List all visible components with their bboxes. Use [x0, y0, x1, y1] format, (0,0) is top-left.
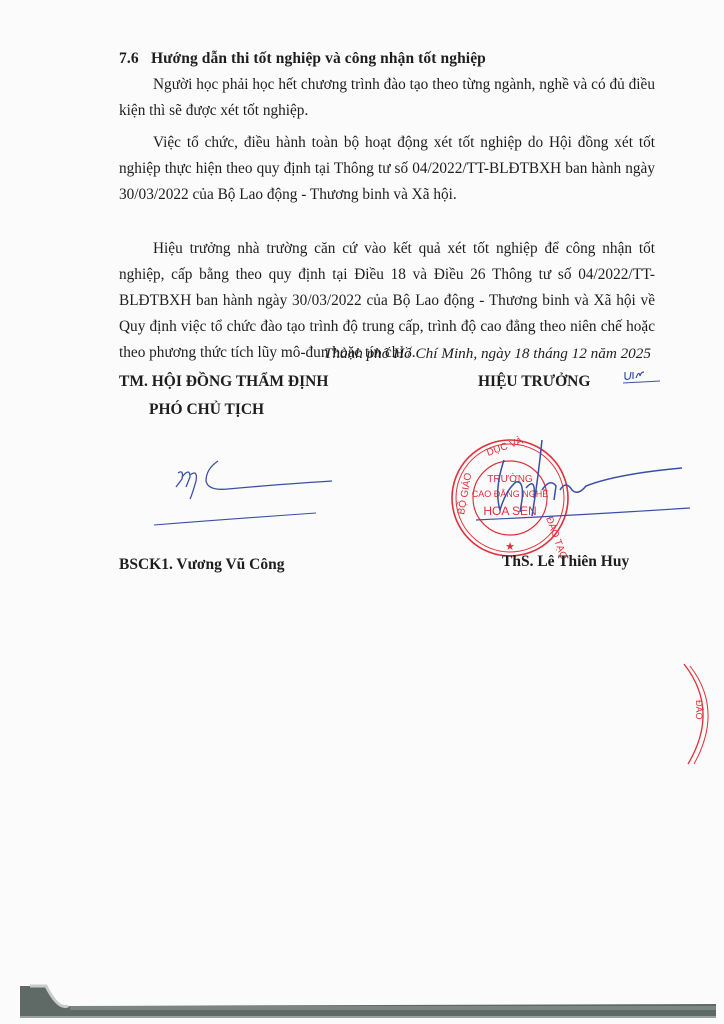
svg-text:★: ★ — [505, 540, 515, 553]
paragraph-eligibility: Người học phải học hết chương trình đào … — [119, 72, 655, 124]
right-signatory-name: ThS. Lê Thiên Huy — [502, 553, 629, 571]
left-signatory-subtitle: PHÓ CHỦ TỊCH — [149, 401, 264, 419]
official-stamp-and-signature-icon: DỤC VÀ BỘ GIÁO ĐÀO TẠO TRƯỜNG CAO ĐẲNG N… — [446, 420, 706, 560]
left-signatory-name: BSCK1. Vương Vũ Công — [119, 556, 284, 574]
svg-text:ĐÀO: ĐÀO — [694, 700, 704, 720]
section-number: 7.6 — [119, 50, 147, 68]
svg-text:HOA SEN: HOA SEN — [483, 504, 536, 518]
document-page: 7.6 Hướng dẫn thi tốt nghiệp và công nhậ… — [0, 0, 724, 1024]
section-title: Hướng dẫn thi tốt nghiệp và công nhận tố… — [151, 50, 486, 67]
left-signatory-title: TM. HỘI ĐỒNG THẨM ĐỊNH — [119, 373, 328, 391]
paragraph-organization: Việc tổ chức, điều hành toàn bộ hoạt độn… — [119, 130, 655, 208]
page-seal-fragment-icon: ĐÀO — [676, 660, 724, 770]
right-signatory-title: HIỆU TRƯỞNG — [478, 373, 590, 391]
left-signature-icon — [140, 455, 340, 535]
school-stamp-icon: DỤC VÀ BỘ GIÁO ĐÀO TẠO TRƯỜNG CAO ĐẲNG N… — [452, 434, 571, 560]
svg-text:TRƯỜNG: TRƯỜNG — [487, 472, 533, 485]
section-heading: 7.6 Hướng dẫn thi tốt nghiệp và công nhậ… — [119, 50, 486, 68]
place-date: Thành phố Hồ Chí Minh, ngày 18 tháng 12 … — [324, 345, 651, 363]
initials-mark-icon — [622, 366, 662, 386]
footer-decorative-bar — [18, 980, 718, 1020]
svg-text:DỤC VÀ: DỤC VÀ — [485, 434, 525, 459]
